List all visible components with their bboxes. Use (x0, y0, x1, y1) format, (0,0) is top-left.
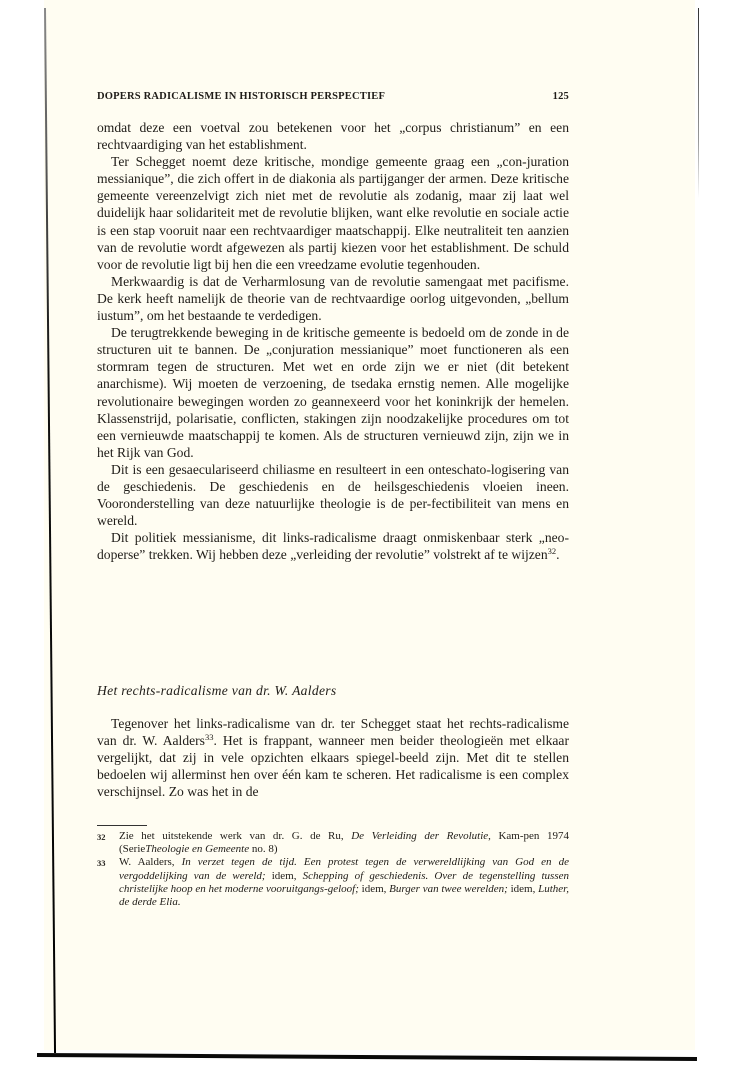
paragraph: Tegenover het links-radicalisme van dr. … (97, 715, 569, 800)
body-text: omdat deze een voetval zou betekenen voo… (97, 119, 569, 563)
footnote-ref[interactable]: 32 (548, 546, 557, 556)
footnote-number: 33 (97, 856, 119, 909)
paragraph: Dit is een gesaeculariseerd chiliasme en… (97, 461, 569, 529)
paragraph: Merkwaardig is dat de Verharmlosung van … (97, 273, 569, 324)
paragraph: Dit politiek messianisme, dit links-radi… (97, 529, 569, 563)
paragraph: Ter Schegget noemt deze kritische, mondi… (97, 153, 569, 273)
running-head: DOPERS RADICALISME IN HISTORISCH PERSPEC… (97, 91, 569, 102)
footnote-33: 33 W. Aalders, In verzet tegen de tijd. … (97, 856, 569, 909)
section-heading: Het rechts-radicalisme van dr. W. Aalder… (97, 683, 569, 699)
footnote-text: W. Aalders, In verzet tegen de tijd. Een… (119, 856, 569, 909)
footnote-text: Zie het uitstekende werk van dr. G. de R… (119, 830, 569, 856)
page-edge-bottom (37, 1053, 697, 1061)
paragraph: De terugtrekkende beweging in de kritisc… (97, 324, 569, 461)
footnote-divider (97, 825, 147, 826)
page-number: 125 (553, 91, 569, 102)
footnotes: 32 Zie het uitstekende werk van dr. G. d… (97, 830, 569, 909)
paragraph: omdat deze een voetval zou betekenen voo… (97, 119, 569, 153)
running-head-title: DOPERS RADICALISME IN HISTORISCH PERSPEC… (97, 91, 385, 102)
section-body: Tegenover het links-radicalisme van dr. … (97, 715, 569, 800)
footnote-number: 32 (97, 830, 119, 856)
footnote-32: 32 Zie het uitstekende werk van dr. G. d… (97, 830, 569, 856)
page-edge-right (698, 8, 699, 198)
